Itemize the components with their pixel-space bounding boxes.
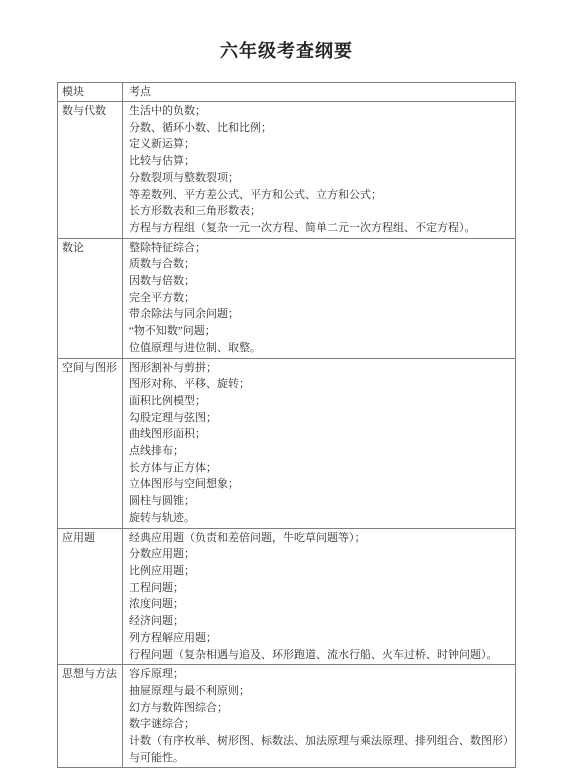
point-line: 经典应用题（负责和差倍问题，牛吃草问题等）； [129,530,513,547]
point-line: 经济问题； [129,613,513,630]
point-line: 点线排布； [129,443,513,460]
point-line: 定义新运算； [129,136,513,153]
point-line: 浓度问题； [129,596,513,613]
point-line: 图形对称、平移、旋转； [129,376,513,393]
points-cell: 生活中的负数； 分数、循环小数、比和比例； 定义新运算； 比较与估算； 分数裂项… [123,102,516,239]
point-line: 分数应用题； [129,546,513,563]
point-line: 分数、循环小数、比和比例； [129,120,513,137]
point-line: 质数与合数； [129,256,513,273]
module-cell: 思想与方法 [58,665,123,768]
point-line: 位值原理与进位制、取整。 [129,340,513,357]
header-module: 模块 [58,83,123,102]
point-line: 圆柱与圆锥； [129,493,513,510]
exam-outline-table: 模块 考点 数与代数 生活中的负数； 分数、循环小数、比和比例； 定义新运算； … [57,82,516,768]
module-cell: 应用题 [58,528,123,665]
point-line: 面积比例模型； [129,393,513,410]
point-line: 方程与方程组（复杂一元一次方程、简单二元一次方程组、不定方程）。 [129,220,513,237]
point-line: 分数裂项与整数裂项； [129,170,513,187]
point-line: 数字谜综合； [129,716,513,733]
points-cell: 容斥原理； 抽屉原理与最不利原则； 幻方与数阵图综合； 数字谜综合； 计数（有序… [123,665,516,768]
point-line: 抽屉原理与最不利原则； [129,683,513,700]
point-line: 工程问题； [129,580,513,597]
point-line: 曲线图形面积； [129,426,513,443]
point-line: 列方程解应用题； [129,630,513,647]
point-line: 整除特征综合； [129,240,513,257]
point-line: 长方体与正方体； [129,460,513,477]
module-cell: 空间与图形 [58,358,123,528]
header-points: 考点 [123,83,516,102]
table-header-row: 模块 考点 [58,83,516,102]
points-cell: 经典应用题（负责和差倍问题，牛吃草问题等）； 分数应用题； 比例应用题； 工程问… [123,528,516,665]
table-row-thinking-methods: 思想与方法 容斥原理； 抽屉原理与最不利原则； 幻方与数阵图综合； 数字谜综合；… [58,665,516,768]
point-line: 比较与估算； [129,153,513,170]
table-row-number-theory: 数论 整除特征综合； 质数与合数； 因数与倍数； 完全平方数； 带余除法与同余问… [58,238,516,358]
module-cell: 数与代数 [58,102,123,239]
table-row-word-problems: 应用题 经典应用题（负责和差倍问题，牛吃草问题等）； 分数应用题； 比例应用题；… [58,528,516,665]
point-line: 带余除法与同余问题； [129,306,513,323]
point-line: 图形割补与剪拼； [129,360,513,377]
point-line: 勾股定理与弦图； [129,410,513,427]
point-line: 幻方与数阵图综合； [129,700,513,717]
point-line: 旋转与轨迹。 [129,510,513,527]
table-row-number-algebra: 数与代数 生活中的负数； 分数、循环小数、比和比例； 定义新运算； 比较与估算；… [58,102,516,239]
points-cell: 整除特征综合； 质数与合数； 因数与倍数； 完全平方数； 带余除法与同余问题； … [123,238,516,358]
table-row-space-geometry: 空间与图形 图形割补与剪拼； 图形对称、平移、旋转； 面积比例模型； 勾股定理与… [58,358,516,528]
point-line: 等差数列、平方差公式、平方和公式、立方和公式； [129,187,513,204]
point-line: 比例应用题； [129,563,513,580]
point-line: 行程问题（复杂相遇与追及、环形跑道、流水行船、火车过桥、时钟问题）。 [129,647,513,664]
point-line: 因数与倍数； [129,273,513,290]
point-line: “物不知数”问题； [129,323,513,340]
point-line: 长方形数表和三角形数表； [129,203,513,220]
point-line: 计数（有序枚举、树形图、标数法、加法原理与乘法原理、排列组合、数图形）与可能性。 [129,733,513,766]
page-title: 六年级考查纲要 [0,37,573,63]
point-line: 生活中的负数； [129,103,513,120]
point-line: 容斥原理； [129,666,513,683]
points-cell: 图形割补与剪拼； 图形对称、平移、旋转； 面积比例模型； 勾股定理与弦图； 曲线… [123,358,516,528]
point-line: 立体图形与空间想象； [129,476,513,493]
module-cell: 数论 [58,238,123,358]
point-line: 完全平方数； [129,290,513,307]
